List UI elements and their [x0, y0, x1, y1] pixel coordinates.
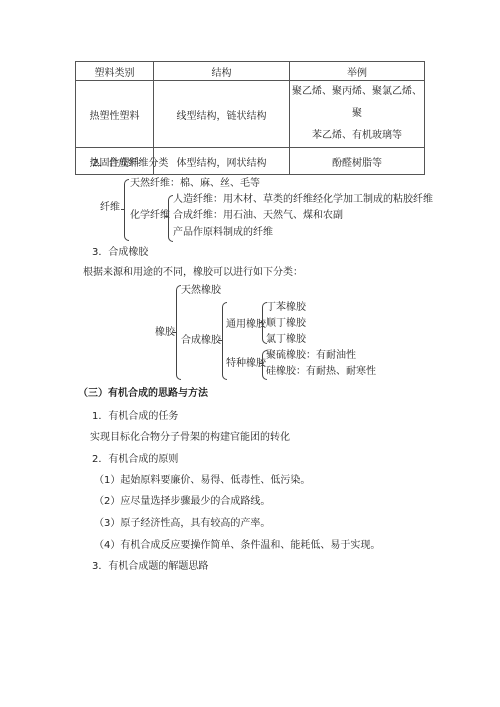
- table-row: 热塑性塑料 线型结构，链状结构 聚乙烯、聚丙烯、聚氯乙烯、聚苯乙烯、有机玻璃等: [76, 81, 425, 148]
- header-cell: 举例: [290, 62, 425, 81]
- fiber-artificial: 人造纤维：用木材、草类的纤维经化学加工制成的粘胶纤维: [173, 194, 433, 206]
- section-line: 实现目标化合物分子骨架的构建官能团的转化: [90, 432, 290, 444]
- rubber-general: 通用橡胶: [226, 319, 266, 331]
- fiber-synthetic: 合成纤维：用石油、天然气、煤和农副: [173, 210, 343, 222]
- header-cell: 结构: [154, 62, 290, 81]
- rubber-synthetic: 合成橡胶: [181, 335, 221, 347]
- brace-tip: [173, 332, 176, 333]
- fiber-root: 纤维: [100, 202, 120, 214]
- brace-tip: [259, 363, 262, 364]
- section-line: （1）起始原料要廉价、易得、低毒性、低污染。: [94, 475, 310, 487]
- fiber-natural: 天然纤维：棉、麻、丝、毛等: [130, 178, 260, 190]
- fiber-chemical: 化学纤维: [130, 210, 170, 222]
- brace-tip: [259, 322, 262, 323]
- section-title: （三）有机合成的思路与方法: [78, 388, 208, 400]
- brace: [124, 179, 129, 241]
- rubber-natural: 天然橡胶: [181, 285, 221, 297]
- section-line: （4）有机合成反应要操作简单、条件温和、能耗低、易于实现。: [94, 540, 380, 552]
- section-line: （2）应尽量选择步骤最少的合成路线。: [94, 496, 270, 508]
- brace-tip: [165, 216, 168, 217]
- cell-line: 聚乙烯、聚丙烯、聚氯乙烯、聚: [292, 86, 422, 119]
- section-line: 1．有机合成的任务: [92, 411, 178, 423]
- rubber-special-item: 硅橡胶：有耐热、耐寒性: [266, 366, 376, 378]
- brace-tip: [121, 209, 124, 210]
- table-cell: 热塑性塑料: [76, 81, 154, 148]
- fiber-heading: 2．合成纤维分类: [92, 158, 168, 170]
- brace: [176, 285, 181, 380]
- rubber-special-item: 聚硫橡胶：有耐油性: [266, 350, 356, 362]
- rubber-general-item: 顺丁橡胶: [266, 318, 306, 330]
- section-line: 2．有机合成的原则: [92, 454, 178, 466]
- table-cell: 酚醛树脂等: [290, 148, 425, 175]
- fiber-product: 产品作原料制成的纤维: [173, 227, 273, 239]
- table-cell: 体型结构，网状结构: [154, 148, 290, 175]
- table-cell: 线型结构，链状结构: [154, 81, 290, 148]
- rubber-general-item: 丁苯橡胶: [266, 302, 306, 314]
- table-cell: 聚乙烯、聚丙烯、聚氯乙烯、聚苯乙烯、有机玻璃等: [290, 81, 425, 148]
- header-cell: 塑料类别: [76, 62, 154, 81]
- rubber-special: 特种橡胶: [226, 358, 266, 370]
- rubber-heading: 3．合成橡胶: [92, 247, 148, 259]
- table-header-row: 塑料类别 结构 举例: [76, 62, 425, 81]
- rubber-intro: 根据来源和用途的不同，橡胶可以进行如下分类：: [83, 267, 303, 279]
- section-line: 3．有机合成题的解题思路: [92, 561, 208, 573]
- section-line: （3）原子经济性高，具有较高的产率。: [94, 518, 270, 530]
- cell-line: 苯乙烯、有机玻璃等: [312, 130, 402, 141]
- rubber-root: 橡胶: [155, 327, 175, 339]
- rubber-general-item: 氯丁橡胶: [266, 334, 306, 346]
- brace-tip: [219, 340, 222, 341]
